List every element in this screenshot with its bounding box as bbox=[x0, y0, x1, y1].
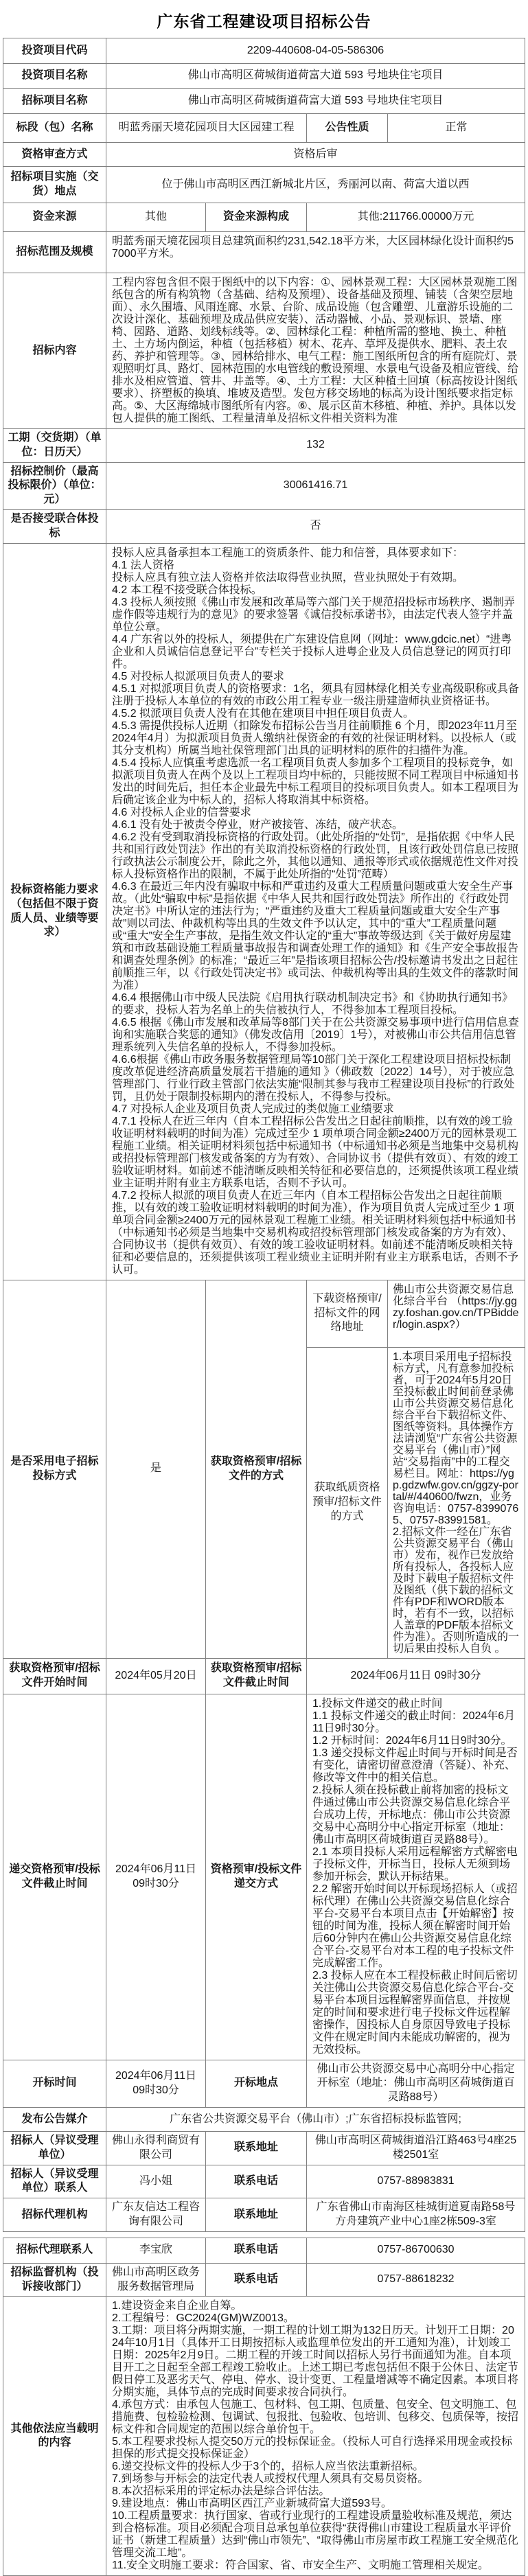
agency-label: 招标代理机构 bbox=[3, 2198, 106, 2232]
agency-contact-name: 李宝欣 bbox=[106, 2238, 206, 2263]
submission-method-label: 资格预审/投标文件递交方式 bbox=[206, 1694, 307, 2060]
delivery-location-label: 招标项目实施（交货）地点 bbox=[3, 167, 106, 203]
tenderer-name: 佛山永得利商贸有限公司 bbox=[106, 2131, 206, 2165]
tender-name-value: 佛山市高明区荷城街道荷富大道 593 号地块住宅项目 bbox=[106, 89, 525, 114]
opening-place-value: 佛山市公共资源交易中心高明分中心指定开标室（地址：佛山市高明区荷城街道百灵路88… bbox=[307, 2060, 525, 2107]
funding-composition-value: 其他:211766.00000万元 bbox=[307, 203, 525, 232]
document-deadline-label: 获取资格预审/招标文件截止时间 bbox=[206, 1658, 307, 1694]
table-gap bbox=[0, 2232, 528, 2238]
agency-contact-label: 招标代理联系人 bbox=[3, 2238, 106, 2263]
download-address-label: 下载资格预审/招标文件的网络地址 bbox=[307, 1280, 388, 1347]
control-price-value: 30061416.71 bbox=[106, 462, 525, 509]
tenderer-contact-label: 招标人（异议受理单位）联系人 bbox=[3, 2165, 106, 2198]
funding-composition-label: 资金来源构成 bbox=[206, 203, 307, 232]
opening-time-value: 2024年06月11日 09时30分 bbox=[106, 2060, 206, 2107]
document-start-time-value: 2024年05月20日 bbox=[106, 1658, 206, 1694]
duration-label: 工期（交货期）（单位：日历天） bbox=[3, 429, 106, 463]
qualification-requirements-label: 投标资格能力要求（包括但不限于资质人员、业绩等要求） bbox=[3, 543, 106, 1280]
paper-document-method-label: 获取纸质资格预审/招标文件的方式 bbox=[307, 1347, 388, 1658]
consortium-label: 是否接受联合体投标 bbox=[3, 509, 106, 543]
funding-source-label: 资金来源 bbox=[3, 203, 106, 232]
scope-value: 明蓝秀丽天境花园项目总建筑面积约231,542.18平方米，大区园林绿化设计面积… bbox=[106, 232, 525, 273]
announcement-table-main: 投资项目代码 2209-440608-04-05-586306 投资项目名称 佛… bbox=[3, 38, 525, 2232]
announcement-media-value: 广东省公共资源交易平台（佛山市）;广东省招标投标监管网; bbox=[106, 2107, 525, 2131]
funding-source-value: 其他 bbox=[106, 203, 206, 232]
tenderer-address-value: 佛山市高明区荷城街道沿江路463号4座25楼2501室 bbox=[307, 2131, 525, 2165]
notice-nature-value: 正常 bbox=[388, 114, 525, 143]
tenderer-phone-label: 联系电话 bbox=[206, 2165, 307, 2198]
tender-content-label: 招标内容 bbox=[3, 273, 106, 429]
tender-name-label: 招标项目名称 bbox=[3, 89, 106, 114]
document-start-time-label: 获取资格预审/招标文件开始时间 bbox=[3, 1658, 106, 1694]
tenderer-phone-value: 0757-88983831 bbox=[307, 2165, 525, 2198]
qualification-method-value: 资格后审 bbox=[106, 143, 525, 167]
notice-nature-label: 公告性质 bbox=[307, 114, 388, 143]
qualification-requirements-value: 投标人应具备承担本工程施工的资质条件、能力和信誉，具体要求如下： 4.1 法人资… bbox=[106, 543, 525, 1280]
tenderer-address-label: 联系地址 bbox=[206, 2131, 307, 2165]
supervisor-phone-value: 0757-88618232 bbox=[307, 2263, 525, 2297]
other-required-content-label: 其他依法应当载明的内容 bbox=[3, 2297, 106, 2576]
submission-method-value: 1.投标文件递交的截止时间 1.1 投标文件递交的截止时间：2024年6月11日… bbox=[307, 1694, 525, 2060]
control-price-label: 招标控制价（最高投标限价）（单位：元） bbox=[3, 462, 106, 509]
supervisor-label: 招标监督机构（投诉接收部门） bbox=[3, 2263, 106, 2297]
electronic-bidding-value: 是 bbox=[106, 1280, 206, 1658]
page-title: 广东省工程建设项目招标公告 bbox=[0, 0, 528, 38]
other-required-content-value: 1.建设资金来自企业自筹。 2.工程编号：GC2024(GM)WZ0013。 3… bbox=[106, 2297, 525, 2576]
section-name-value: 明蓝秀丽天境花园项目大区园建工程 bbox=[106, 114, 307, 143]
supervisor-phone-label: 联系电话 bbox=[206, 2263, 307, 2297]
qualification-method-label: 资格审查方式 bbox=[3, 143, 106, 167]
download-address-value: 佛山市公共资源交易信息化综合平台 （https://jy.ggzy.foshan… bbox=[388, 1280, 525, 1347]
tender-content-value: 工程内容包含但不限于图纸中的以下内容：①、园林景观工程：大区园林景观施工图纸包含… bbox=[106, 273, 525, 429]
section-name-label: 标段（包）名称 bbox=[3, 114, 106, 143]
agency-phone-value: 0757-86700630 bbox=[307, 2238, 525, 2263]
announcement-media-label: 发布公告媒介 bbox=[3, 2107, 106, 2131]
investment-name-label: 投资项目名称 bbox=[3, 64, 106, 89]
opening-time-label: 开标时间 bbox=[3, 2060, 106, 2107]
agency-address-value: 广东省佛山市南海区桂城街道夏南路58号方舟建筑产业中心1座2栋509-3室 bbox=[307, 2198, 525, 2232]
tenderer-contact-name: 冯小姐 bbox=[106, 2165, 206, 2198]
tenderer-label: 招标人（异议受理单位） bbox=[3, 2131, 106, 2165]
submission-deadline-label: 递交资格预审/投标文件截止时间 bbox=[3, 1694, 106, 2060]
scope-label: 招标范围及规模 bbox=[3, 232, 106, 273]
duration-value: 132 bbox=[106, 429, 525, 463]
submission-deadline-value: 2024年06月11日 09时30分 bbox=[106, 1694, 206, 2060]
supervisor-name: 佛山市高明区政务服务数据管理局 bbox=[106, 2263, 206, 2297]
agency-phone-label: 联系电话 bbox=[206, 2238, 307, 2263]
agency-address-label: 联系地址 bbox=[206, 2198, 307, 2232]
document-obtain-method-label: 获取资格预审/招标文件的方式 bbox=[206, 1280, 307, 1658]
consortium-value: 否 bbox=[106, 509, 525, 543]
opening-place-label: 开标地点 bbox=[206, 2060, 307, 2107]
project-code-label: 投资项目代码 bbox=[3, 38, 106, 64]
project-code-value: 2209-440608-04-05-586306 bbox=[106, 38, 525, 64]
paper-document-method-value: 1.本项目采用电子招标投标方式，凡有意参加投标者，可于2024年5月20日至投标… bbox=[388, 1347, 525, 1658]
announcement-table-secondary: 招标代理联系人 李宝欣 联系电话 0757-86700630 招标监督机构（投诉… bbox=[3, 2238, 525, 2576]
delivery-location-value: 位于佛山市高明区西江新城北片区，秀丽河以南、荷富大道以西 bbox=[106, 167, 525, 203]
electronic-bidding-label: 是否采用电子招标投标方式 bbox=[3, 1280, 106, 1658]
investment-name-value: 佛山市高明区荷城街道荷富大道 593 号地块住宅项目 bbox=[106, 64, 525, 89]
document-deadline-value: 2024年06月11日 09时30分 bbox=[307, 1658, 525, 1694]
agency-name: 广东友信达工程咨询有限公司 bbox=[106, 2198, 206, 2232]
